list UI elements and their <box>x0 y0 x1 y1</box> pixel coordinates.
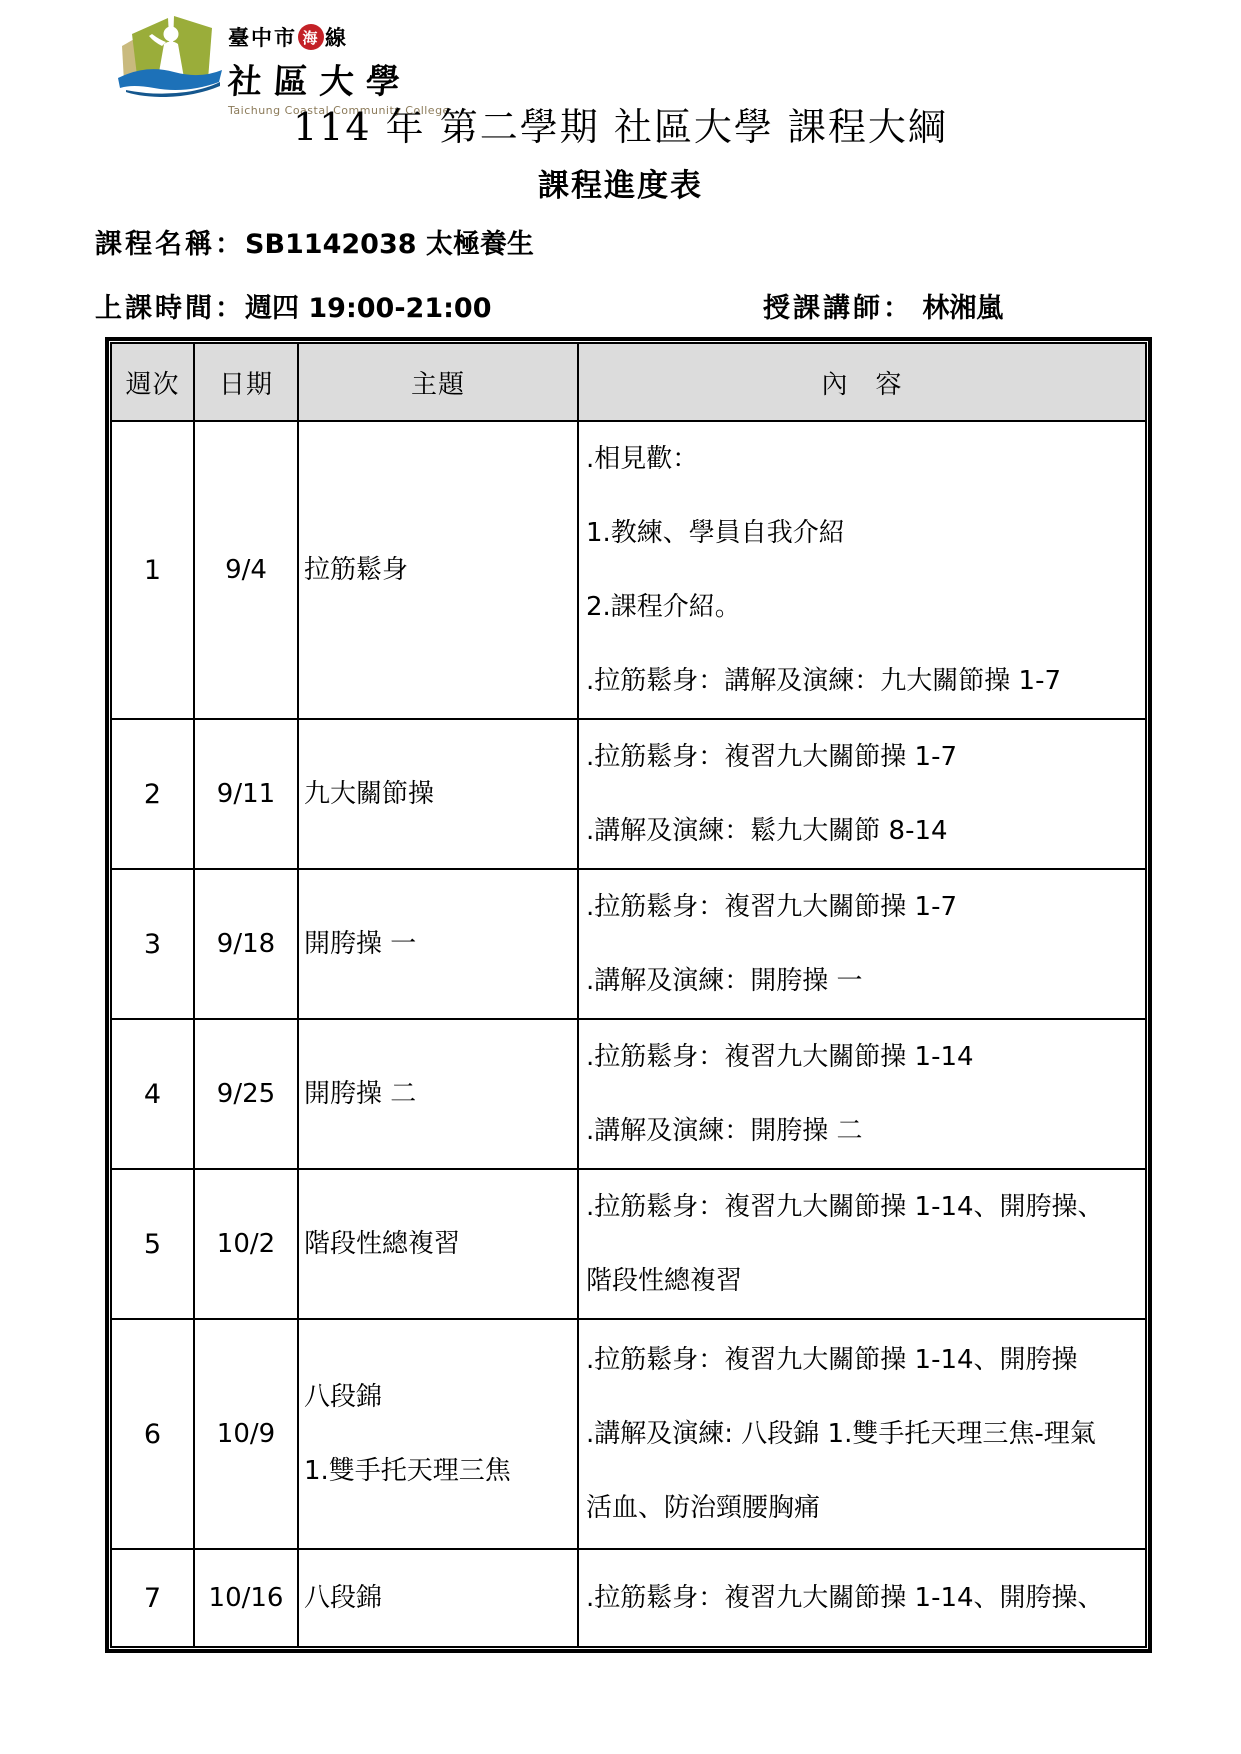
instructor-value: 林湘嵐 <box>922 293 1003 324</box>
cell-date: 10/16 <box>194 1549 298 1647</box>
cell-week: 5 <box>111 1169 194 1319</box>
cell-topic: 階段性總複習 <box>298 1169 578 1319</box>
table-header-row: 週次 日期 主題 內 容 <box>111 343 1146 421</box>
instructor-row: 授課講師： 林湘嵐 <box>763 286 1003 325</box>
content-line: 2.課程介紹。 <box>586 570 1141 644</box>
course-time-row: 上課時間：週四 19:00-21:00 <box>95 286 492 325</box>
topic-line: 開胯操 一 <box>304 907 577 981</box>
table-row: 710/16八段錦.拉筋鬆身：複習九大關節操 1-14、開胯操、 <box>111 1549 1146 1647</box>
topic-line: 階段性總複習 <box>304 1207 577 1281</box>
content-line: .講解及演練：開胯操 一 <box>586 944 1141 1018</box>
content-line: .拉筋鬆身：複習九大關節操 1-14、開胯操、 <box>586 1170 1141 1244</box>
course-name-value: SB1142038 太極養生 <box>245 229 534 260</box>
cell-topic: 拉筋鬆身 <box>298 421 578 719</box>
schedule-table-body: 19/4拉筋鬆身.相見歡：1.教練、學員自我介紹2.課程介紹。.拉筋鬆身：講解及… <box>111 421 1146 1647</box>
table-row: 49/25開胯操 二.拉筋鬆身：複習九大關節操 1-14.講解及演練：開胯操 二 <box>111 1019 1146 1169</box>
header-week: 週次 <box>111 343 194 421</box>
cell-date: 10/2 <box>194 1169 298 1319</box>
table-row: 19/4拉筋鬆身.相見歡：1.教練、學員自我介紹2.課程介紹。.拉筋鬆身：講解及… <box>111 421 1146 719</box>
topic-line: 拉筋鬆身 <box>304 533 577 607</box>
cell-content: .相見歡：1.教練、學員自我介紹2.課程介紹。.拉筋鬆身：講解及演練：九大關節操… <box>578 421 1146 719</box>
cell-date: 9/11 <box>194 719 298 869</box>
logo-book-wave-icon <box>116 12 226 104</box>
logo-org-suffix: 線 <box>325 22 348 52</box>
cell-date: 10/9 <box>194 1319 298 1549</box>
table-row: 610/9八段錦1.雙手托天理三焦.拉筋鬆身：複習九大關節操 1-14、開胯操.… <box>111 1319 1146 1549</box>
cell-week: 2 <box>111 719 194 869</box>
course-time-value: 週四 19:00-21:00 <box>245 293 492 324</box>
page-title: 114 年 第二學期 社區大學 課程大綱 <box>0 96 1241 151</box>
course-name-label: 課程名稱： <box>95 229 245 260</box>
content-line: .拉筋鬆身：複習九大關節操 1-7 <box>586 870 1141 944</box>
cell-week: 1 <box>111 421 194 719</box>
cell-content: .拉筋鬆身：複習九大關節操 1-14、開胯操、 <box>578 1549 1146 1647</box>
course-time-label: 上課時間： <box>95 293 245 324</box>
cell-date: 9/4 <box>194 421 298 719</box>
cell-week: 4 <box>111 1019 194 1169</box>
content-line: .拉筋鬆身：講解及演練：九大關節操 1-7 <box>586 644 1141 718</box>
topic-line: 九大關節操 <box>304 757 577 831</box>
schedule-table-wrap: 週次 日期 主題 內 容 19/4拉筋鬆身.相見歡：1.教練、學員自我介紹2.課… <box>105 337 1152 1653</box>
content-line: .拉筋鬆身：複習九大關節操 1-14 <box>586 1020 1141 1094</box>
content-line: .拉筋鬆身：複習九大關節操 1-14、開胯操、 <box>586 1561 1141 1635</box>
logo-org-line1: 臺中市 海 線 <box>228 22 450 52</box>
table-row: 29/11九大關節操.拉筋鬆身：複習九大關節操 1-7.講解及演練：鬆九大關節 … <box>111 719 1146 869</box>
cell-week: 3 <box>111 869 194 1019</box>
cell-topic: 八段錦 <box>298 1549 578 1647</box>
cell-topic: 九大關節操 <box>298 719 578 869</box>
document-page: 臺中市 海 線 社區大學 Taichung Coastal Community … <box>0 0 1241 1754</box>
content-line: 階段性總複習 <box>586 1244 1141 1318</box>
instructor-label: 授課講師： <box>763 293 913 324</box>
cell-topic: 開胯操 二 <box>298 1019 578 1169</box>
topic-line: 1.雙手托天理三焦 <box>304 1434 577 1508</box>
header-topic: 主題 <box>298 343 578 421</box>
cell-content: .拉筋鬆身：複習九大關節操 1-14、開胯操、階段性總複習 <box>578 1169 1146 1319</box>
course-name-row: 課程名稱：SB1142038 太極養生 <box>95 222 534 261</box>
cell-content: .拉筋鬆身：複習九大關節操 1-14、開胯操.講解及演練: 八段錦 1.雙手托天… <box>578 1319 1146 1549</box>
cell-content: .拉筋鬆身：複習九大關節操 1-7.講解及演練：鬆九大關節 8-14 <box>578 719 1146 869</box>
cell-topic: 開胯操 一 <box>298 869 578 1019</box>
cell-content: .拉筋鬆身：複習九大關節操 1-7.講解及演練：開胯操 一 <box>578 869 1146 1019</box>
topic-line: 開胯操 二 <box>304 1057 577 1131</box>
table-row: 510/2階段性總複習.拉筋鬆身：複習九大關節操 1-14、開胯操、階段性總複習 <box>111 1169 1146 1319</box>
topic-line: 八段錦 <box>304 1561 577 1635</box>
content-line: .相見歡： <box>586 422 1141 496</box>
cell-week: 7 <box>111 1549 194 1647</box>
cell-week: 6 <box>111 1319 194 1549</box>
content-line: .講解及演練: 八段錦 1.雙手托天理三焦-理氣 <box>586 1397 1141 1471</box>
content-line: .拉筋鬆身：複習九大關節操 1-14、開胯操 <box>586 1323 1141 1397</box>
header-date: 日期 <box>194 343 298 421</box>
header-content: 內 容 <box>578 343 1146 421</box>
content-line: .講解及演練：鬆九大關節 8-14 <box>586 794 1141 868</box>
content-line: .拉筋鬆身：複習九大關節操 1-7 <box>586 720 1141 794</box>
cell-topic: 八段錦1.雙手托天理三焦 <box>298 1319 578 1549</box>
page-subtitle: 課程進度表 <box>0 160 1241 205</box>
topic-line: 八段錦 <box>304 1360 577 1434</box>
schedule-table: 週次 日期 主題 內 容 19/4拉筋鬆身.相見歡：1.教練、學員自我介紹2.課… <box>110 342 1147 1648</box>
logo-seal-icon: 海 <box>298 24 324 50</box>
table-row: 39/18開胯操 一.拉筋鬆身：複習九大關節操 1-7.講解及演練：開胯操 一 <box>111 869 1146 1019</box>
cell-content: .拉筋鬆身：複習九大關節操 1-14.講解及演練：開胯操 二 <box>578 1019 1146 1169</box>
cell-date: 9/25 <box>194 1019 298 1169</box>
content-line: 1.教練、學員自我介紹 <box>586 496 1141 570</box>
content-line: .講解及演練：開胯操 二 <box>586 1094 1141 1168</box>
cell-date: 9/18 <box>194 869 298 1019</box>
logo-org-prefix: 臺中市 <box>228 22 297 52</box>
content-line: 活血、防治頸腰胸痛 <box>586 1471 1141 1545</box>
